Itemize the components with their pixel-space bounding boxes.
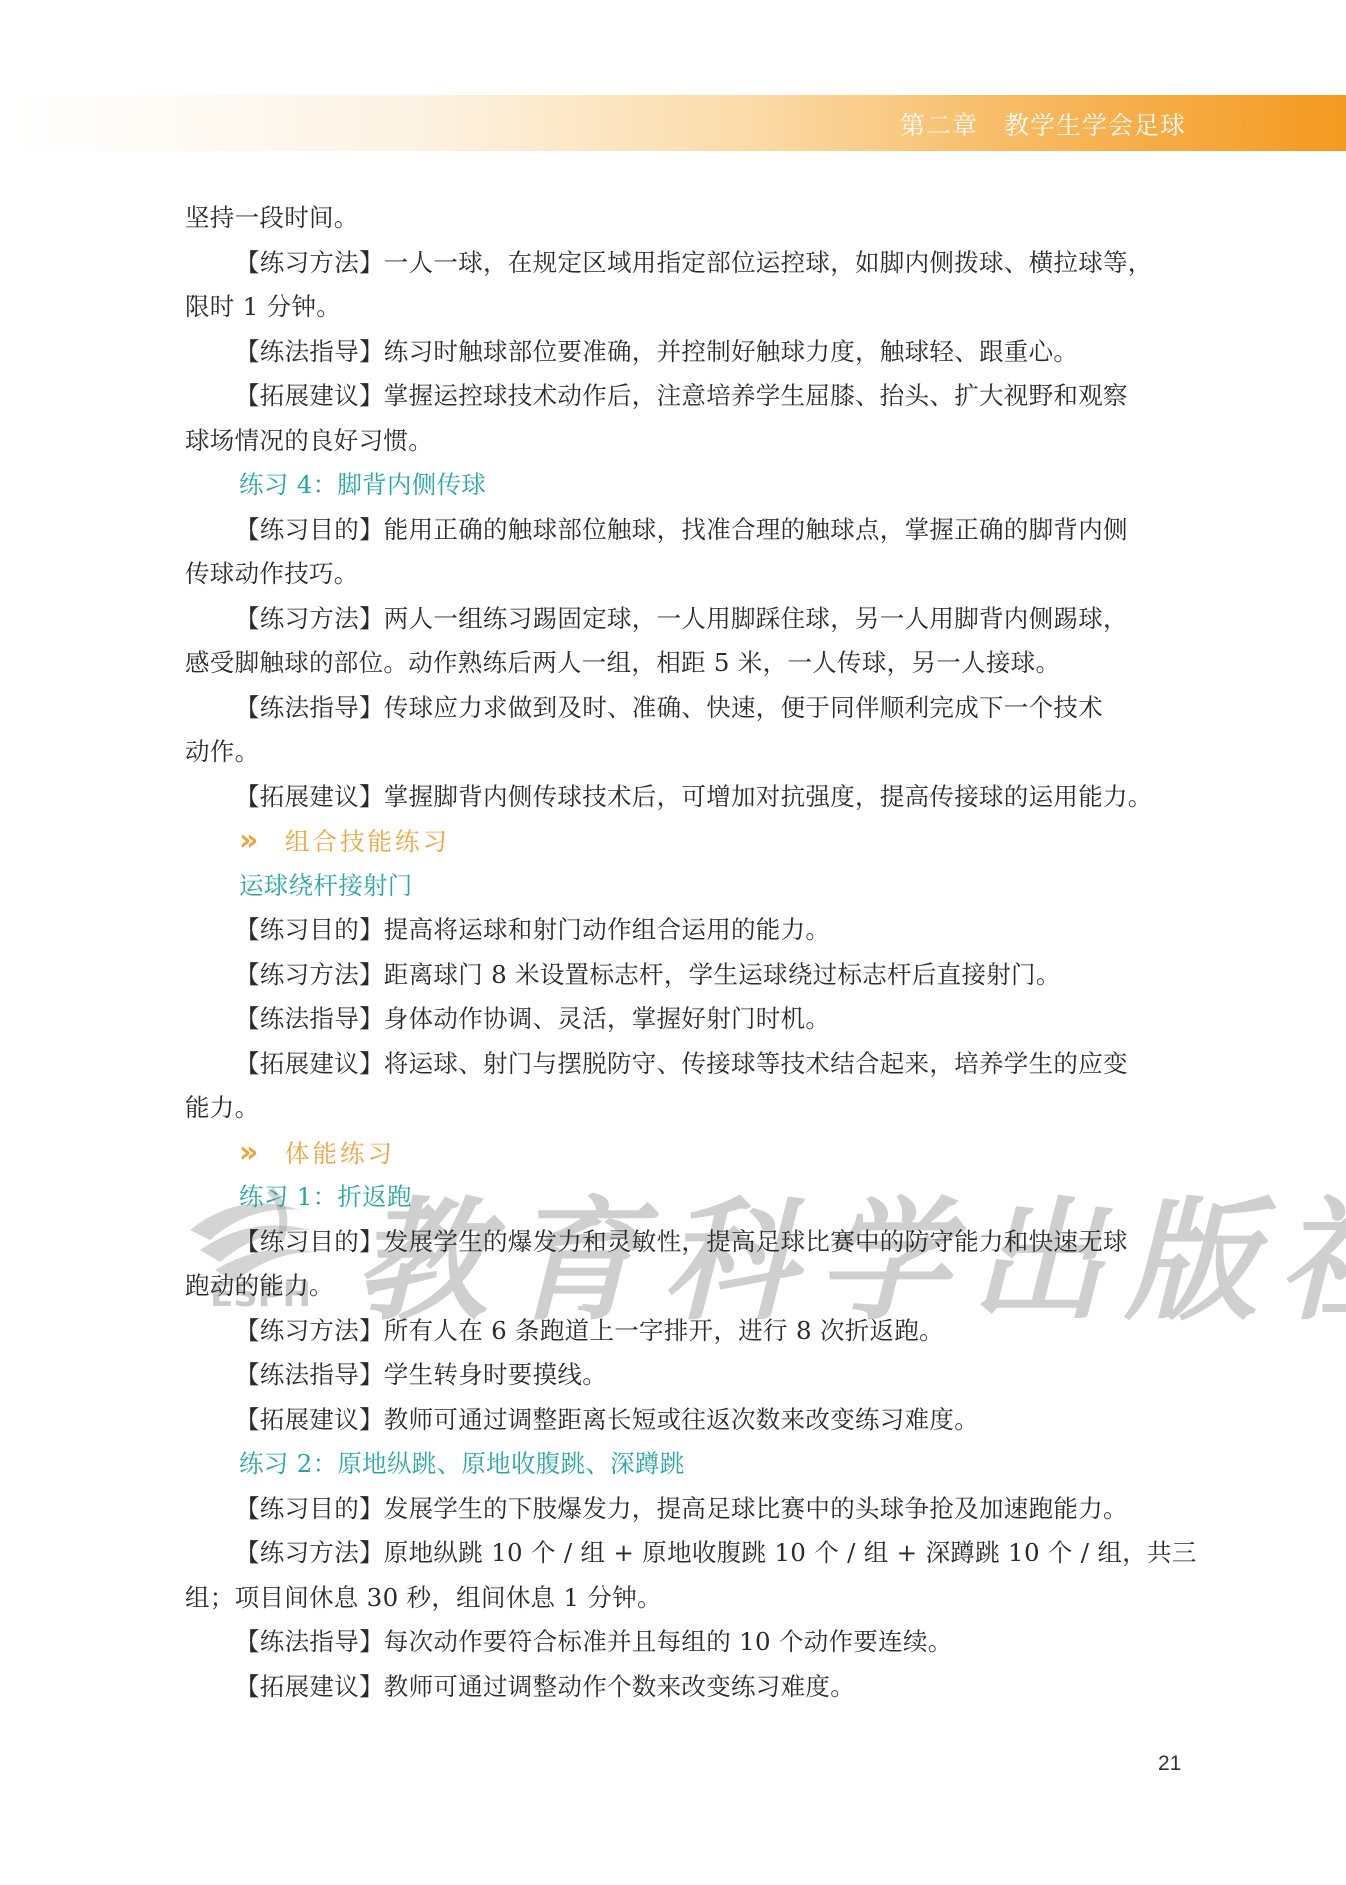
body-text-line: 【练法指导】传球应力求做到及时、准确、快速，便于同伴顺利完成下一个技术 [185, 686, 1185, 731]
body-text-line: 【练习方法】原地纵跳 10 个 / 组 + 原地收腹跳 10 个 / 组 + 深… [185, 1531, 1185, 1576]
body-text-line: 动作。 [185, 730, 1185, 775]
body-text-line: 【拓展建议】教师可通过调整距离长短或往返次数来改变练习难度。 [185, 1398, 1185, 1443]
body-text-line: 坚持一段时间。 [185, 196, 1185, 241]
double-chevron-icon: » [239, 819, 269, 864]
body-text-line: 【练法指导】身体动作协调、灵活，掌握好射门时机。 [185, 997, 1185, 1042]
body-text-line: 【练法指导】学生转身时要摸线。 [185, 1353, 1185, 1398]
body-text-line: 【练习目的】发展学生的爆发力和灵敏性，提高足球比赛中的防守能力和快速无球 [185, 1220, 1185, 1265]
exercise-subheading: 练习 2：原地纵跳、原地收腹跳、深蹲跳 [185, 1442, 1185, 1487]
body-text-line: 【练习方法】两人一组练习踢固定球，一人用脚踩住球，另一人用脚背内侧踢球， [185, 597, 1185, 642]
exercise-subheading: 运球绕杆接射门 [185, 864, 1185, 909]
exercise-subheading: 练习 4：脚背内侧传球 [185, 463, 1185, 508]
page-number: 21 [1158, 1752, 1181, 1776]
body-text-line: 【练习方法】一人一球，在规定区域用指定部位运控球，如脚内侧拨球、横拉球等， [185, 241, 1185, 286]
section-heading-label: 组合技能练习 [285, 827, 450, 856]
body-text-line: 能力。 [185, 1086, 1185, 1131]
body-text-line: 跑动的能力。 [185, 1264, 1185, 1309]
body-text-line: 【拓展建议】掌握运控球技术动作后，注意培养学生屈膝、抬头、扩大视野和观察 [185, 374, 1185, 419]
body-text-line: 【练习目的】发展学生的下肢爆发力，提高足球比赛中的头球争抢及加速跑能力。 [185, 1487, 1185, 1532]
body-text-line: 限时 1 分钟。 [185, 285, 1185, 330]
body-text-line: 传球动作技巧。 [185, 552, 1185, 597]
exercise-subheading: 练习 1：折返跑 [185, 1175, 1185, 1220]
page-body: 坚持一段时间。【练习方法】一人一球，在规定区域用指定部位运控球，如脚内侧拨球、横… [185, 196, 1185, 1709]
body-text-line: 【拓展建议】将运球、射门与摆脱防守、传接球等技术结合起来，培养学生的应变 [185, 1042, 1185, 1087]
double-chevron-icon: » [239, 1131, 269, 1176]
body-text-line: 【练法指导】练习时触球部位要准确，并控制好触球力度，触球轻、跟重心。 [185, 330, 1185, 375]
body-text-line: 球场情况的良好习惯。 [185, 419, 1185, 464]
body-text-line: 【练习方法】距离球门 8 米设置标志杆，学生运球绕过标志杆后直接射门。 [185, 953, 1185, 998]
body-text-line: 【练习目的】提高将运球和射门动作组合运用的能力。 [185, 908, 1185, 953]
body-text-line: 【拓展建议】教师可通过调整动作个数来改变练习难度。 [185, 1665, 1185, 1710]
body-text-line: 【练法指导】每次动作要符合标准并且每组的 10 个动作要连续。 [185, 1620, 1185, 1665]
body-text-line: 【练习方法】所有人在 6 条跑道上一字排开，进行 8 次折返跑。 [185, 1309, 1185, 1354]
section-heading: »组合技能练习 [185, 819, 1185, 864]
body-text-line: 【拓展建议】掌握脚背内侧传球技术后，可增加对抗强度，提高传接球的运用能力。 [185, 775, 1185, 820]
body-text-line: 感受脚触球的部位。动作熟练后两人一组，相距 5 米，一人传球，另一人接球。 [185, 641, 1185, 686]
body-text-line: 组；项目间休息 30 秒，组间休息 1 分钟。 [185, 1576, 1185, 1621]
chapter-title: 第二章 教学生学会足球 [900, 106, 1186, 142]
section-heading-label: 体能练习 [285, 1139, 395, 1168]
section-heading: »体能练习 [185, 1131, 1185, 1176]
body-text-line: 【练习目的】能用正确的触球部位触球，找准合理的触球点，掌握正确的脚背内侧 [185, 508, 1185, 553]
